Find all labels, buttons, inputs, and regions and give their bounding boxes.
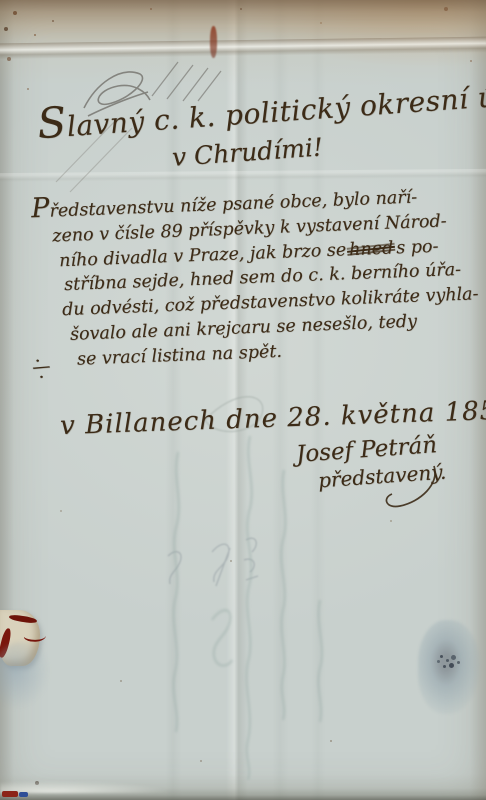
document-scan: Slavný c. k. politický okresní úřade v C… xyxy=(0,0,486,800)
letter-body: Představenstvu níže psané obce, bylo nař… xyxy=(31,181,467,374)
struck-word: hned xyxy=(349,238,394,260)
corner-blue-mark xyxy=(19,792,28,797)
ink-blot-top-center xyxy=(210,26,217,58)
foxing-speckles xyxy=(0,0,2,2)
corner-red-mark xyxy=(2,791,18,797)
body-line3-after: s po- xyxy=(396,236,439,258)
ink-smudge-left xyxy=(0,642,50,710)
bleedthrough-ghost-writing xyxy=(174,436,322,780)
salutation: Slavný c. k. politický okresní úřade v C… xyxy=(36,69,477,181)
ink-stain-right xyxy=(418,620,480,714)
fold-crease-top xyxy=(0,37,486,60)
ink-stain-speckles xyxy=(440,655,443,658)
pencil-jottings xyxy=(168,538,258,586)
